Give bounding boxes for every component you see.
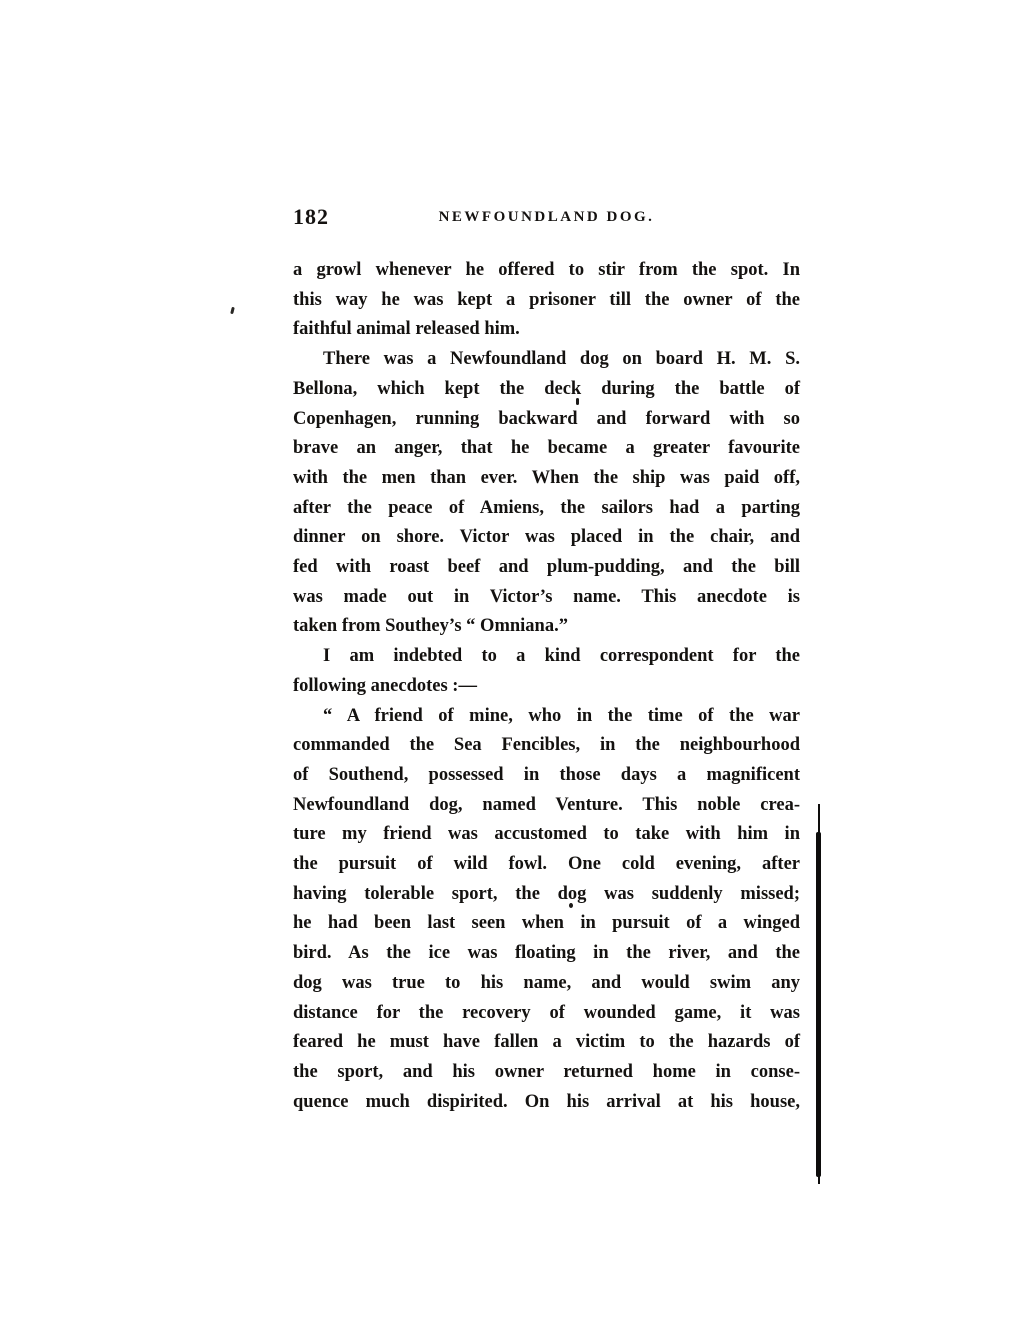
text-line: after the peace of Amiens, the sailors h… <box>293 494 800 524</box>
scan-artifact-ink-speck <box>569 903 573 908</box>
scan-artifact-margin-line-tail <box>818 1175 820 1184</box>
scan-artifact-ink-speck <box>576 398 579 405</box>
text-line: was made out in Victor’s name. This anec… <box>293 583 800 613</box>
text-line: ture my friend was accustomed to take wi… <box>293 820 800 850</box>
text-line: bird. As the ice was floating in the riv… <box>293 939 800 969</box>
text-line: dinner on shore. Victor was placed in th… <box>293 523 800 553</box>
text-line: I am indebted to a kind correspondent fo… <box>293 642 800 672</box>
text-line: faithful animal released him. <box>293 315 800 345</box>
text-line: of Southend, possessed in those days a m… <box>293 761 800 791</box>
text-line: having tolerable sport, the dog was sudd… <box>293 880 800 910</box>
text-line: Bellona, which kept the deck during the … <box>293 375 800 405</box>
page-header: 182 NEWFOUNDLAND DOG. <box>293 204 800 232</box>
text-line: brave an anger, that he became a greater… <box>293 434 800 464</box>
text-line: he had been last seen when in pursuit of… <box>293 909 800 939</box>
running-head-title: NEWFOUNDLAND DOG. <box>293 204 800 226</box>
text-line: with the men than ever. When the ship wa… <box>293 464 800 494</box>
text-line: feared he must have fallen a victim to t… <box>293 1028 800 1058</box>
text-line: a growl whenever he offered to stir from… <box>293 256 800 286</box>
text-line: taken from Southey’s “ Omniana.” <box>293 612 800 642</box>
text-line: this way he was kept a prisoner till the… <box>293 286 800 316</box>
body-text-block: a growl whenever he offered to stir from… <box>293 256 800 1117</box>
scan-artifact-ink-speck <box>230 307 235 315</box>
text-line: the sport, and his owner returned home i… <box>293 1058 800 1088</box>
text-line: following anecdotes :— <box>293 672 800 702</box>
text-line: commanded the Sea Fencibles, in the neig… <box>293 731 800 761</box>
text-line: Newfoundland dog, named Venture. This no… <box>293 791 800 821</box>
text-line: There was a Newfoundland dog on board H.… <box>293 345 800 375</box>
text-line: fed with roast beef and plum-pudding, an… <box>293 553 800 583</box>
text-line: distance for the recovery of wounded gam… <box>293 999 800 1029</box>
text-line: “ A friend of mine, who in the time of t… <box>293 702 800 732</box>
book-page: 182 NEWFOUNDLAND DOG. a growl whenever h… <box>0 0 1033 1339</box>
text-line: the pursuit of wild fowl. One cold eveni… <box>293 850 800 880</box>
page-number: 182 <box>293 204 329 230</box>
text-line: Copenhagen, running backward and forward… <box>293 405 800 435</box>
scan-artifact-margin-line <box>816 832 821 1177</box>
text-line: dog was true to his name, and would swim… <box>293 969 800 999</box>
text-line: quence much dispirited. On his arrival a… <box>293 1088 800 1118</box>
